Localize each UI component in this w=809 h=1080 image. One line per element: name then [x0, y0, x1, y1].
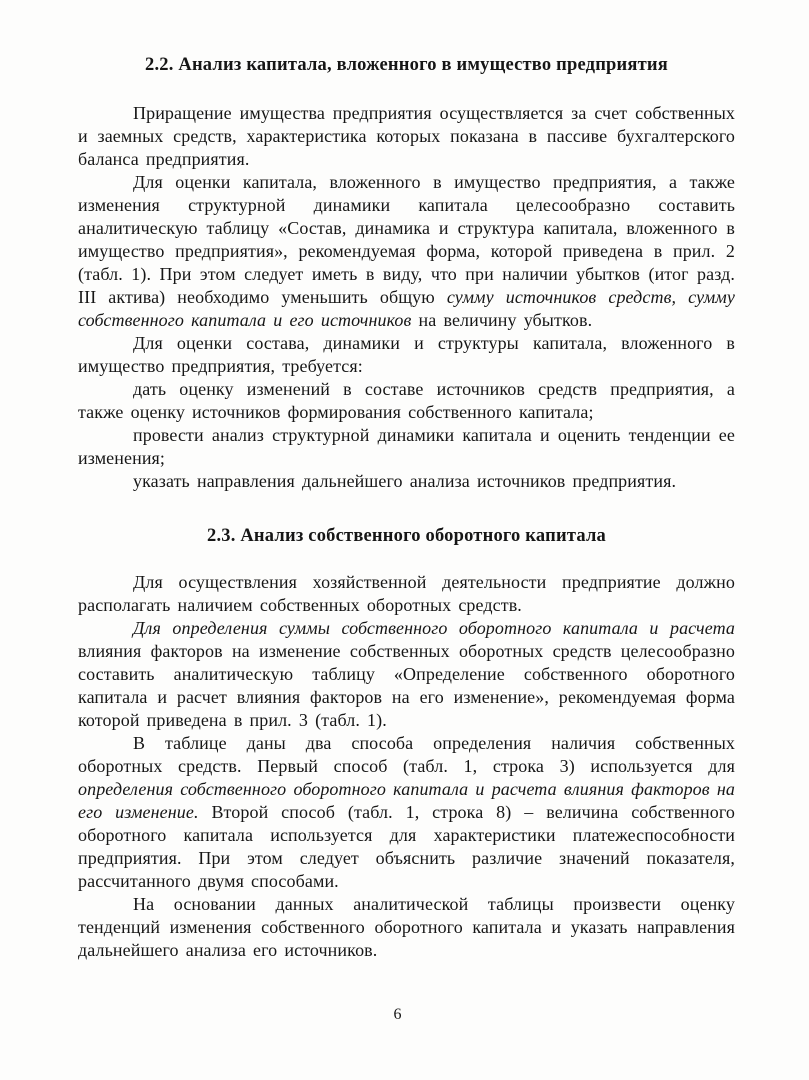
- paragraph: В таблице даны два способа определения н…: [78, 732, 735, 893]
- paragraph-text: Для осуществления хозяйственной деятельн…: [78, 572, 735, 615]
- paragraph-text: Приращение имущества предприятия осущест…: [78, 103, 735, 169]
- paragraph-text: влияния факторов на изменение собственны…: [78, 641, 735, 730]
- paragraph: Для оценки капитала, вложенного в имущес…: [78, 171, 735, 332]
- paragraph: Для определения суммы собственного оборо…: [78, 617, 735, 732]
- paragraph: На основании данных аналитической таблиц…: [78, 893, 735, 962]
- paragraph: Для оценки состава, динамики и структуры…: [78, 332, 735, 378]
- paragraph-text: В таблице даны два способа определения н…: [78, 733, 735, 776]
- paragraph-italic-text: Для определения суммы собственного оборо…: [133, 618, 735, 638]
- page-number: 6: [0, 1006, 795, 1024]
- paragraph-text: указать направления дальнейшего анализа …: [133, 471, 676, 491]
- paragraph-text: Для оценки состава, динамики и структуры…: [78, 333, 735, 376]
- paragraph-text: на величину убытков.: [411, 310, 592, 330]
- list-item-paragraph: дать оценку изменений в составе источник…: [78, 378, 735, 424]
- paragraph-text: дать оценку изменений в составе источник…: [78, 379, 735, 422]
- section-own-working-capital: 2.3. Анализ собственного оборотного капи…: [78, 525, 735, 962]
- paragraph: Для осуществления хозяйственной деятельн…: [78, 571, 735, 617]
- list-item-paragraph: провести анализ структурной динамики кап…: [78, 424, 735, 470]
- section-capital-in-property: 2.2. Анализ капитала, вложенного в имуще…: [78, 54, 735, 493]
- section-heading-2-3: 2.3. Анализ собственного оборотного капи…: [78, 525, 735, 547]
- paragraph-text: На основании данных аналитической таблиц…: [78, 894, 735, 960]
- section-heading-2-2: 2.2. Анализ капитала, вложенного в имуще…: [78, 54, 735, 76]
- document-page: 2.2. Анализ капитала, вложенного в имуще…: [0, 0, 809, 1080]
- paragraph-text: провести анализ структурной динамики кап…: [78, 425, 735, 468]
- paragraph: Приращение имущества предприятия осущест…: [78, 102, 735, 171]
- list-item-paragraph: указать направления дальнейшего анализа …: [78, 470, 735, 493]
